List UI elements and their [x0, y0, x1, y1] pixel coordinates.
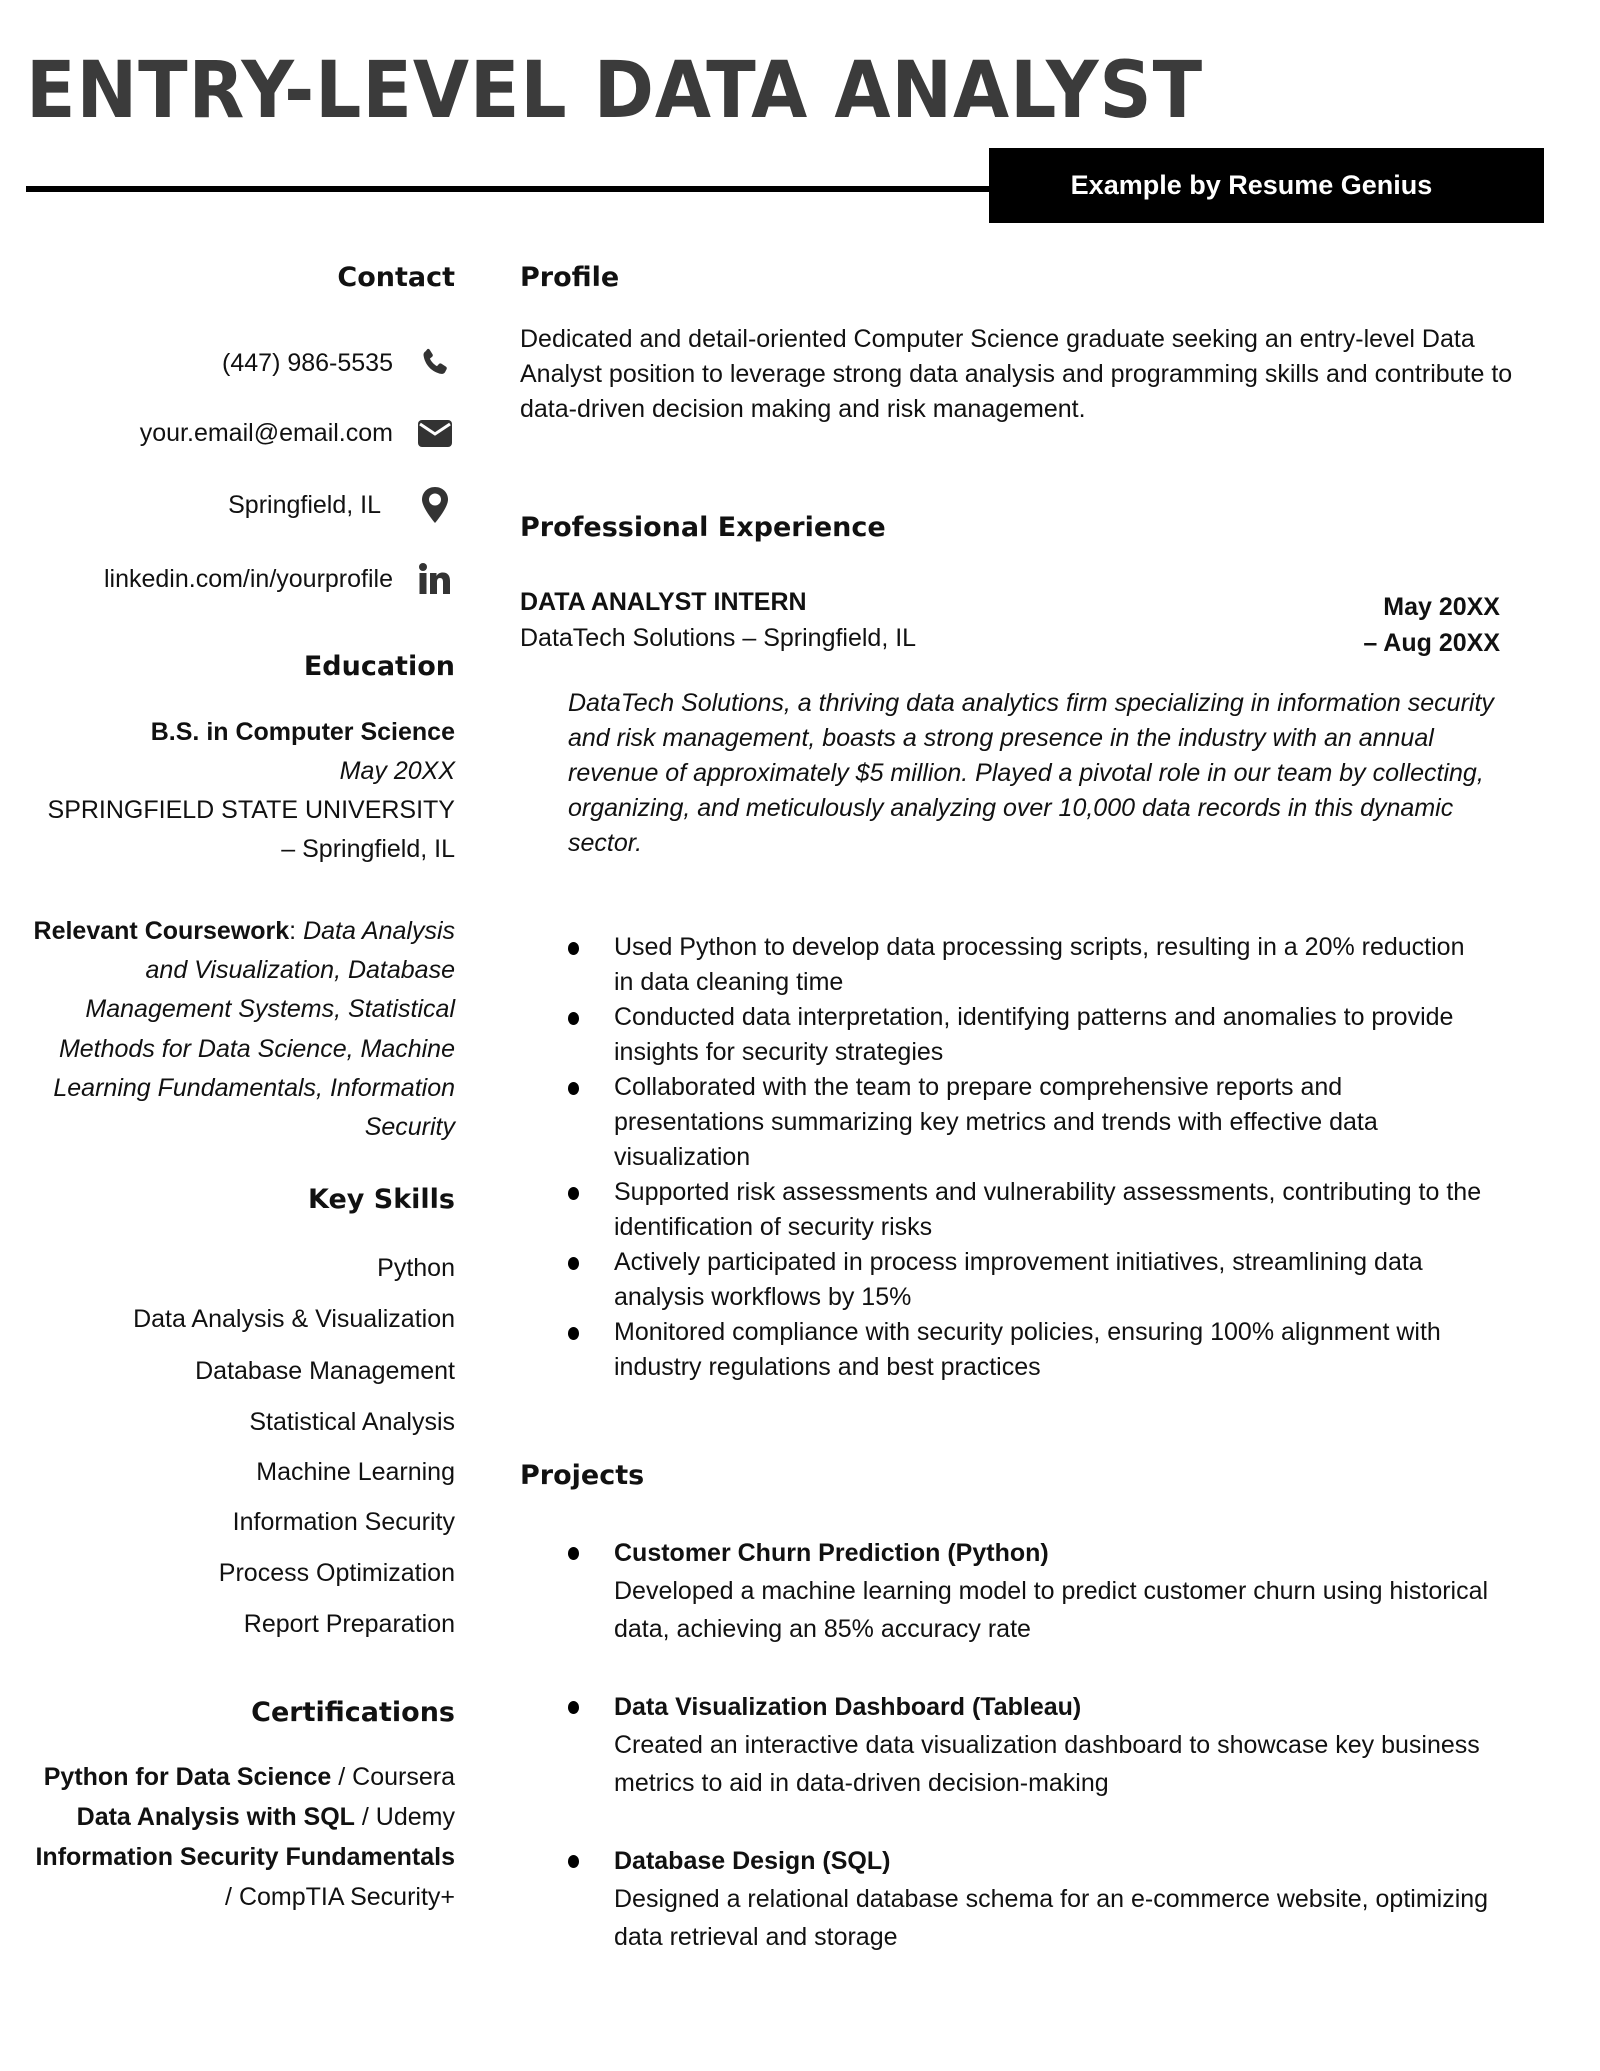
certifications-heading: Certifications — [251, 1697, 455, 1728]
linkedin-text: linkedin.com/in/yourprofile — [104, 565, 393, 594]
phone-icon — [415, 343, 455, 383]
cert-issuer: / CompTIA Security+ — [225, 1883, 455, 1911]
job-date-start: May 20XX — [1383, 593, 1500, 622]
cert-issuer: / Udemy — [362, 1803, 455, 1831]
bullet-icon — [568, 942, 579, 955]
contact-linkedin[interactable]: linkedin.com/in/yourprofile — [104, 559, 455, 599]
bullet-icon — [568, 1701, 579, 1714]
skill-item: Database Management — [195, 1357, 455, 1386]
phone-text: (447) 986-5535 — [222, 349, 393, 378]
header-rule — [26, 186, 992, 192]
job-bullet: Supported risk assessments and vulnerabi… — [568, 1175, 1488, 1245]
education-heading: Education — [304, 651, 455, 682]
bullet-text: Actively participated in process improve… — [614, 1248, 1423, 1311]
job-bullet: Used Python to develop data processing s… — [568, 930, 1488, 1000]
envelope-icon — [415, 413, 455, 453]
bullet-icon — [568, 1257, 579, 1270]
project-name: Customer Churn Prediction (Python) — [614, 1534, 1534, 1572]
skill-item: Statistical Analysis — [249, 1408, 455, 1437]
linkedin-icon — [415, 559, 455, 599]
bullet-icon — [568, 1012, 579, 1025]
bullet-text: Collaborated with the team to prepare co… — [614, 1073, 1378, 1171]
school-name: SPRINGFIELD STATE UNIVERSITY — [48, 791, 455, 830]
bullet-icon — [568, 1547, 579, 1560]
experience-heading: Professional Experience — [520, 512, 886, 543]
email-text: your.email@email.com — [140, 419, 393, 448]
project-item: Customer Churn Prediction (Python)Develo… — [568, 1534, 1534, 1648]
cert-item: Data Analysis with SQL / Udemy — [77, 1803, 455, 1832]
bullet-icon — [568, 1187, 579, 1200]
degree: B.S. in Computer Science — [151, 713, 455, 752]
relevant-coursework: Relevant Coursework: Data Analysis and V… — [15, 912, 455, 1147]
bullet-text: Supported risk assessments and vulnerabi… — [614, 1178, 1481, 1241]
contact-heading: Contact — [337, 262, 455, 293]
cert-item: Information Security Fundamentals — [35, 1843, 455, 1872]
profile-heading: Profile — [520, 262, 619, 293]
location-text: Springfield, IL — [228, 491, 381, 520]
cert-issuer-wrap: / CompTIA Security+ — [225, 1883, 455, 1912]
skill-item: Information Security — [233, 1508, 455, 1537]
bullet-icon — [568, 1855, 579, 1868]
project-name: Database Design (SQL) — [614, 1842, 1534, 1880]
job-title: DATA ANALYST INTERN — [520, 588, 807, 617]
job-bullet: Collaborated with the team to prepare co… — [568, 1070, 1488, 1175]
graduation-date: May 20XX — [340, 752, 455, 791]
map-pin-icon — [415, 485, 455, 525]
skill-item: Process Optimization — [219, 1559, 455, 1588]
project-description: Designed a relational database schema fo… — [614, 1880, 1534, 1956]
bullet-text: Monitored compliance with security polic… — [614, 1318, 1441, 1381]
skill-item: Python — [377, 1254, 455, 1283]
project-description: Created an interactive data visualizatio… — [614, 1726, 1534, 1802]
job-summary: DataTech Solutions, a thriving data anal… — [568, 686, 1508, 861]
bullet-text: Conducted data interpretation, identifyi… — [614, 1003, 1453, 1066]
project-item: Database Design (SQL)Designed a relation… — [568, 1842, 1534, 1956]
contact-phone[interactable]: (447) 986-5535 — [222, 343, 455, 383]
job-bullet: Conducted data interpretation, identifyi… — [568, 1000, 1488, 1070]
coursework-list: Data Analysis and Visualization, Databas… — [53, 917, 455, 1141]
example-badge: Example by Resume Genius — [989, 148, 1544, 223]
resume-title: ENTRY-LEVEL DATA ANALYST — [26, 46, 1203, 136]
skill-item: Data Analysis & Visualization — [133, 1305, 455, 1334]
coursework-colon: : — [289, 917, 303, 945]
cert-name: Data Analysis with SQL — [77, 1803, 355, 1831]
job-company: DataTech Solutions – Springfield, IL — [520, 624, 916, 653]
skills-heading: Key Skills — [308, 1184, 455, 1215]
job-bullet: Monitored compliance with security polic… — [568, 1315, 1488, 1385]
bullet-icon — [568, 1327, 579, 1340]
job-bullet: Actively participated in process improve… — [568, 1245, 1488, 1315]
project-name: Data Visualization Dashboard (Tableau) — [614, 1688, 1534, 1726]
skill-item: Machine Learning — [256, 1458, 455, 1487]
cert-issuer: / Coursera — [338, 1763, 455, 1791]
skill-item: Report Preparation — [244, 1610, 455, 1639]
badge-text: Example by Resume Genius — [1071, 170, 1433, 201]
coursework-label: Relevant Coursework — [34, 917, 290, 945]
cert-item: Python for Data Science / Coursera — [44, 1763, 455, 1792]
cert-name: Python for Data Science — [44, 1763, 332, 1791]
cert-name: Information Security Fundamentals — [35, 1843, 455, 1871]
contact-location: Springfield, IL — [228, 485, 455, 525]
contact-email[interactable]: your.email@email.com — [140, 413, 455, 453]
job-date-end: – Aug 20XX — [1363, 629, 1500, 658]
project-item: Data Visualization Dashboard (Tableau)Cr… — [568, 1688, 1534, 1802]
bullet-text: Used Python to develop data processing s… — [614, 933, 1465, 996]
projects-heading: Projects — [520, 1460, 644, 1491]
bullet-icon — [568, 1082, 579, 1095]
job-bullets: Used Python to develop data processing s… — [568, 930, 1488, 1385]
profile-text: Dedicated and detail-oriented Computer S… — [520, 322, 1520, 427]
school-location: – Springfield, IL — [281, 830, 455, 869]
project-description: Developed a machine learning model to pr… — [614, 1572, 1534, 1648]
